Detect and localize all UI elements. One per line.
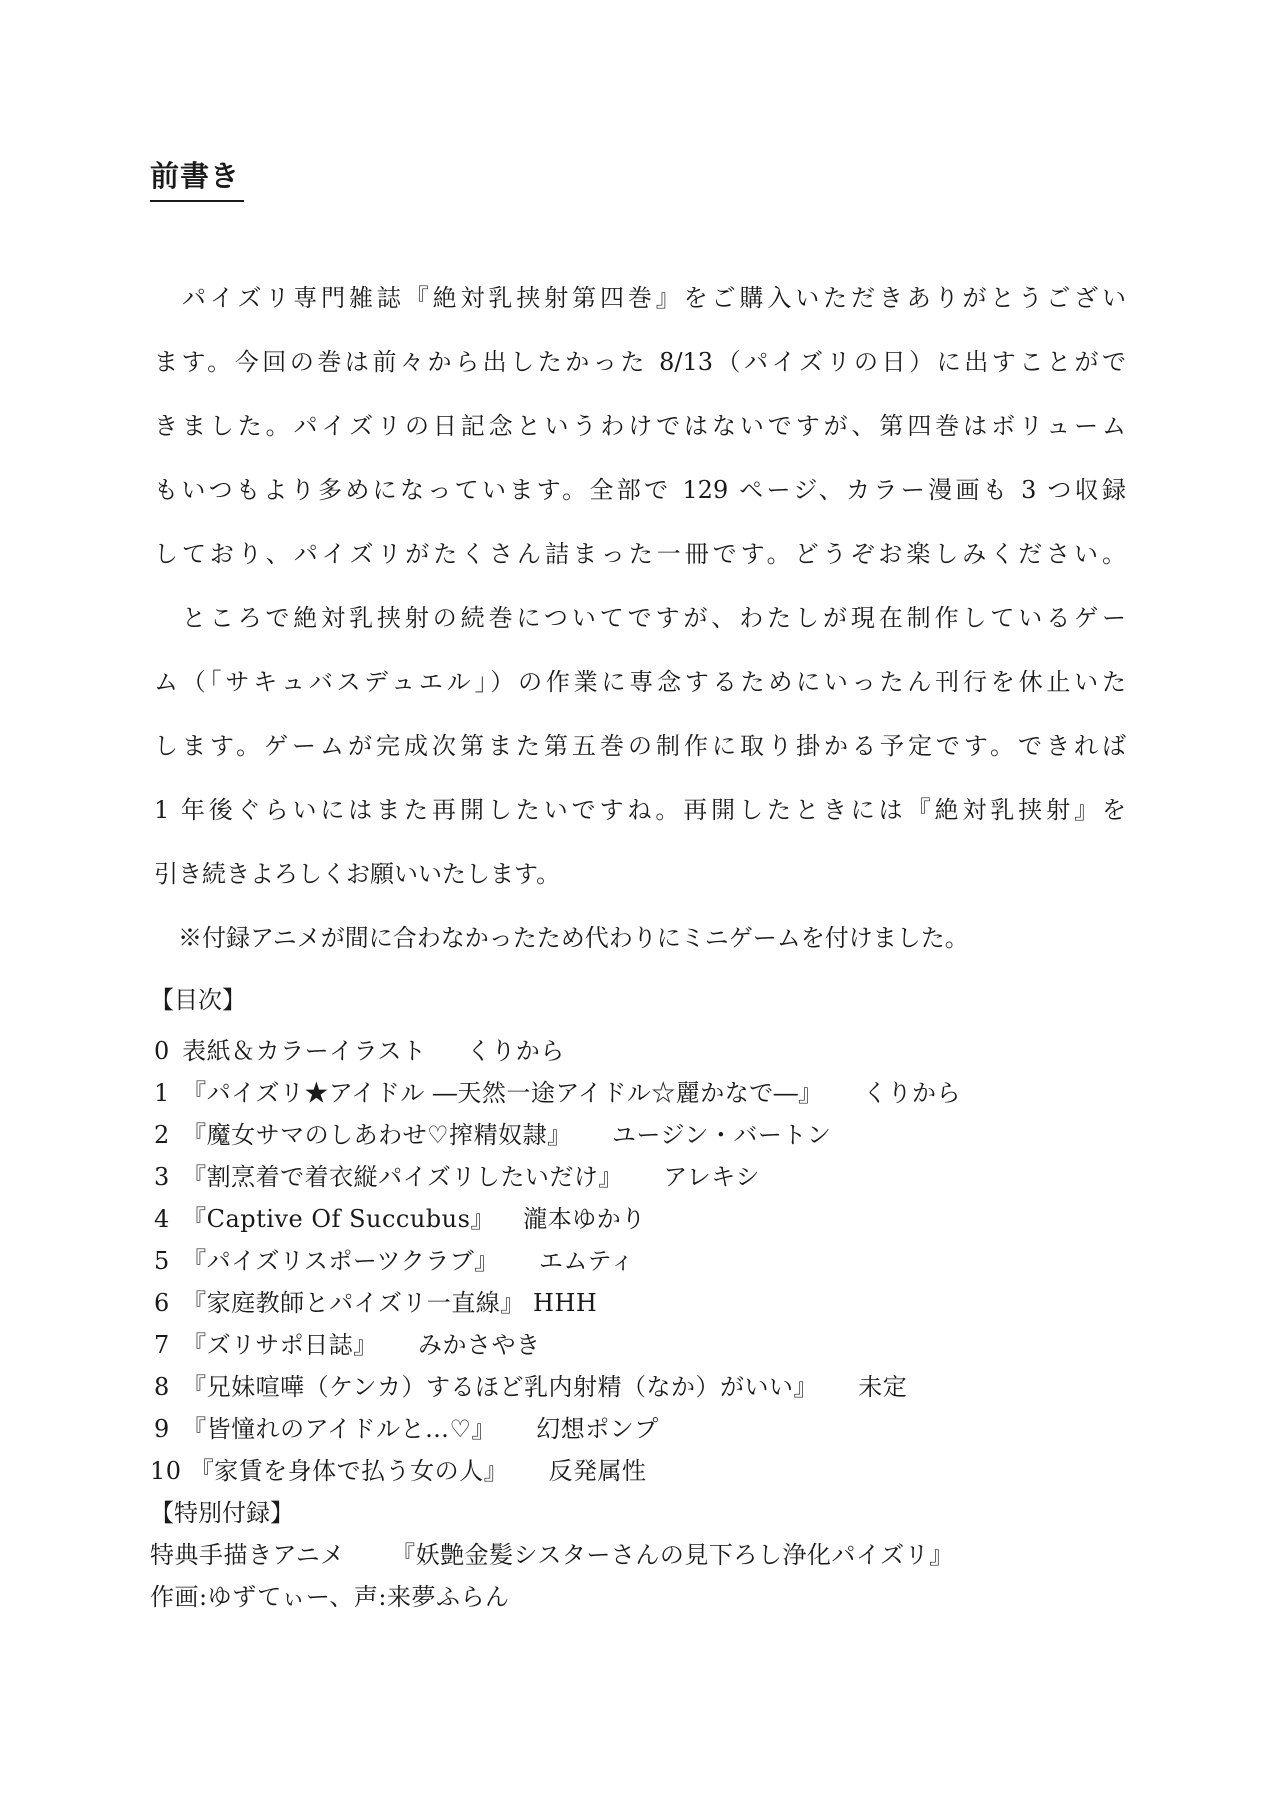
toc-item-author: みかさやき bbox=[418, 1331, 541, 1359]
toc-item: 9 『皆憧れのアイドルと…♡』 幻想ポンプ bbox=[154, 1413, 659, 1445]
toc-item: 2 『魔女サマのしあわせ♡搾精奴隷』 ユージン・バートン bbox=[154, 1119, 831, 1151]
toc-item-title: 『Captive Of Succubus』 bbox=[182, 1205, 495, 1233]
toc-item-number: 7 bbox=[154, 1329, 174, 1361]
toc-item-title: 『パイズリスポーツクラブ』 bbox=[182, 1247, 499, 1275]
toc-item-number: 4 bbox=[154, 1203, 174, 1235]
toc-item-author: 瀧本ゆかり bbox=[523, 1205, 646, 1233]
toc-item: 6 『家庭教師とパイズリ一直線』 HHH bbox=[154, 1287, 597, 1319]
toc-item-title: 『家賃を身体で払う女の人』 bbox=[190, 1457, 509, 1485]
toc-item-number: 10 bbox=[150, 1455, 182, 1487]
preface-line: 引き続きよろしくお願いいたします。 bbox=[154, 857, 1126, 891]
toc-item-number: 5 bbox=[154, 1245, 174, 1277]
toc-item: 10 『家賃を身体で払う女の人』 反発属性 bbox=[150, 1455, 646, 1487]
bonus-credits-line: 作画:ゆずてぃー、声:来夢ふらん bbox=[150, 1581, 509, 1613]
toc-item-author: アレキシ bbox=[663, 1163, 760, 1191]
toc-item-number: 9 bbox=[154, 1413, 174, 1445]
toc-item: 8 『兄妹喧嘩（ケンカ）するほど乳内射精（なか）がいい』 未定 bbox=[154, 1371, 907, 1403]
toc-item-title: 『ズリサポ日誌』 bbox=[182, 1331, 378, 1359]
toc-item-author: くりから bbox=[863, 1079, 961, 1107]
toc-item-number: 6 bbox=[154, 1287, 174, 1319]
toc-item: 1 『パイズリ★アイドル ―天然一途アイドル☆麗かなで―』 くりから bbox=[154, 1077, 961, 1109]
toc-item-title: 『家庭教師とパイズリ一直線』 bbox=[182, 1289, 525, 1317]
toc-item-author: 反発属性 bbox=[548, 1457, 646, 1485]
toc-item-title: 『パイズリ★アイドル ―天然一途アイドル☆麗かなで―』 bbox=[182, 1079, 823, 1107]
toc-item-title: 『皆憧れのアイドルと…♡』 bbox=[182, 1415, 496, 1443]
preface-line: します。ゲームが完成次第また第五巻の制作に取り掛かる予定です。できれば bbox=[154, 729, 1126, 763]
bonus-anime-title: 『妖艶金髪シスターさんの見下ろし浄化パイズリ』 bbox=[391, 1541, 954, 1569]
toc-item-number: 3 bbox=[154, 1161, 174, 1193]
toc-heading: 【目次】 bbox=[150, 984, 246, 1016]
toc-item: 5 『パイズリスポーツクラブ』 エムティ bbox=[154, 1245, 635, 1277]
toc-item-number: 2 bbox=[154, 1119, 174, 1151]
toc-item-title: 『魔女サマのしあわせ♡搾精奴隷』 bbox=[182, 1121, 572, 1149]
toc-item-author: エムティ bbox=[539, 1247, 635, 1275]
page-title: 前書き bbox=[150, 156, 244, 202]
toc-item-title: 『割烹着で着衣縦パイズリしたいだけ』 bbox=[182, 1163, 623, 1191]
toc-item-number: 1 bbox=[154, 1077, 174, 1109]
preface-line: 1 年後ぐらいにはまた再開したいですね。再開したときには『絶対乳挟射』を bbox=[154, 793, 1126, 827]
toc-item-author: 未定 bbox=[858, 1373, 907, 1401]
toc-item: 3 『割烹着で着衣縦パイズリしたいだけ』 アレキシ bbox=[154, 1161, 760, 1193]
bonus-heading: 【特別付録】 bbox=[150, 1497, 294, 1529]
bonus-anime-label: 特典手描きアニメ bbox=[150, 1541, 345, 1569]
preface-line: しており、パイズリがたくさん詰まった一冊です。どうぞお楽しみください。 bbox=[154, 537, 1126, 571]
preface-line: きました。パイズリの日記念というわけではないですが、第四巻はボリューム bbox=[154, 409, 1126, 443]
preface-note: ※付録アニメが間に合わなかったため代わりにミニゲームを付けました。 bbox=[154, 921, 1126, 955]
preface-line: ます。今回の巻は前々から出したかった 8/13（パイズリの日）に出すことがで bbox=[154, 345, 1126, 379]
preface-line: ところで絶対乳挟射の続巻についてですが、わたしが現在制作しているゲー bbox=[154, 601, 1126, 635]
bonus-anime-line: 特典手描きアニメ 『妖艶金髪シスターさんの見下ろし浄化パイズリ』 bbox=[150, 1539, 954, 1571]
preface-line: パイズリ専門雑誌『絶対乳挟射第四巻』をご購入いただきありがとうござい bbox=[154, 281, 1126, 315]
document-page: 前書き パイズリ専門雑誌『絶対乳挟射第四巻』をご購入いただきありがとうござい ま… bbox=[0, 0, 1280, 1813]
toc-item-author: HHH bbox=[533, 1289, 597, 1317]
toc-item-number: 8 bbox=[154, 1371, 174, 1403]
toc-item: 4 『Captive Of Succubus』 瀧本ゆかり bbox=[154, 1203, 646, 1235]
toc-item: 0 表紙＆カラーイラスト くりから bbox=[154, 1035, 565, 1067]
toc-item: 7 『ズリサポ日誌』 みかさやき bbox=[154, 1329, 540, 1361]
preface-line: ム（「サキュバスデュエル」）の作業に専念するためにいったん刊行を休止いた bbox=[154, 665, 1126, 699]
toc-item-title: 『兄妹喧嘩（ケンカ）するほど乳内射精（なか）がいい』 bbox=[182, 1373, 818, 1401]
toc-item-number: 0 bbox=[154, 1035, 174, 1067]
toc-item-author: くりから bbox=[467, 1037, 565, 1065]
toc-item-title: 表紙＆カラーイラスト bbox=[182, 1037, 426, 1065]
preface-line: もいつもより多めになっています。全部で 129 ページ、カラー漫画も 3 つ収録 bbox=[154, 473, 1126, 507]
toc-item-author: ユージン・バートン bbox=[612, 1121, 831, 1149]
toc-item-author: 幻想ポンプ bbox=[536, 1415, 659, 1443]
